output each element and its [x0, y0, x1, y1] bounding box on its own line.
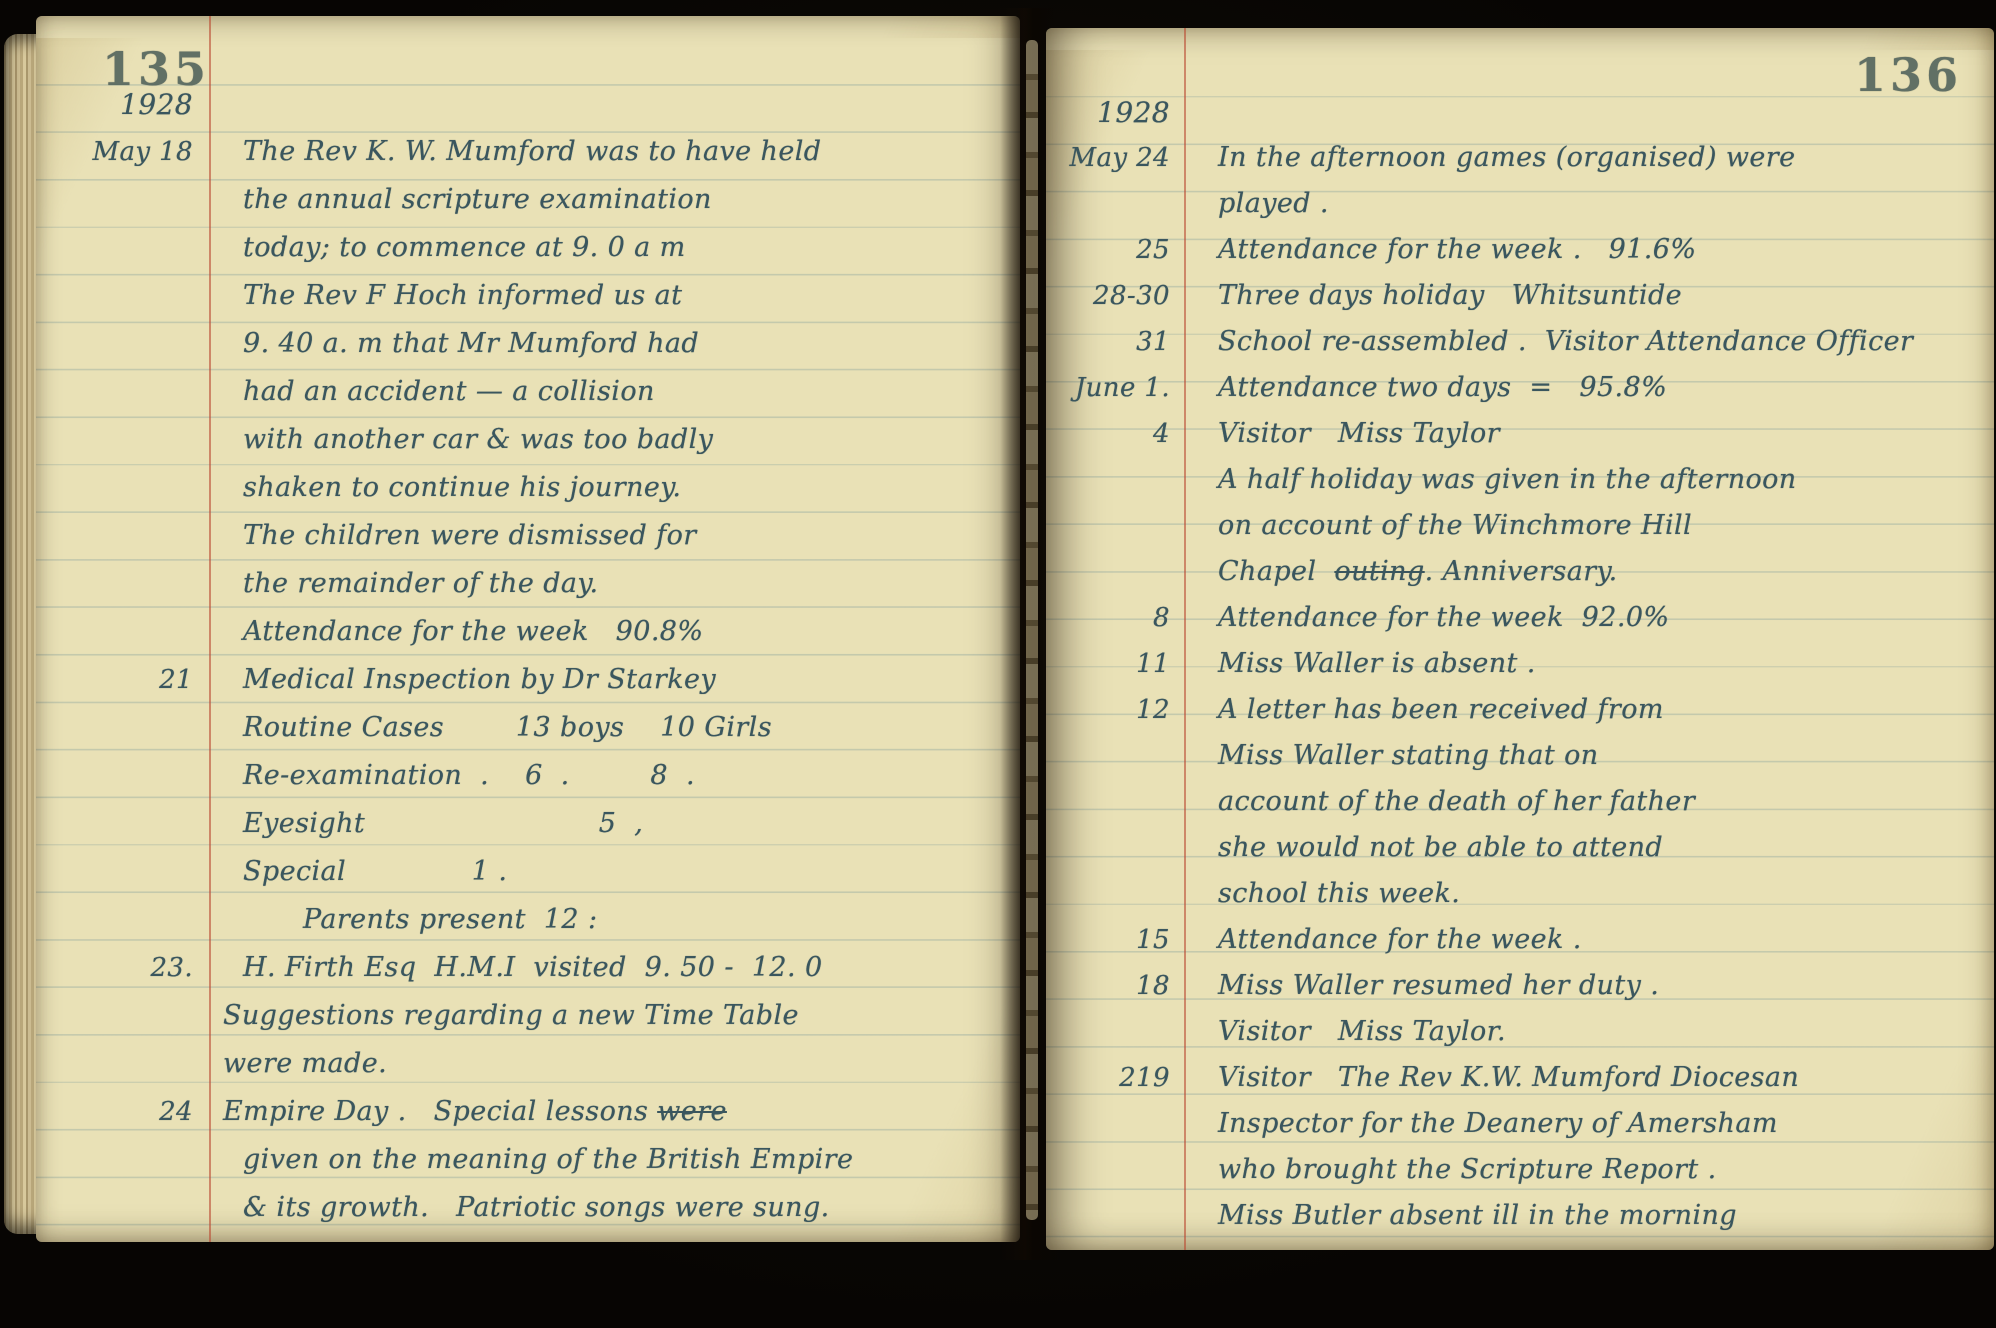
log-line: Inspector for the Deanery of Amersham	[1046, 1108, 1994, 1154]
entry-text: Miss Butler absent ill in the morning	[1184, 1200, 1994, 1231]
log-line: 4Visitor Miss Taylor	[1046, 418, 1994, 464]
entry-text: Routine Cases 13 boys 10 Girls	[209, 712, 1020, 743]
entry-date: 219	[1046, 1063, 1184, 1093]
text-segment: Miss Waller is absent .	[1218, 648, 1536, 679]
text-segment: Visitor Miss Taylor.	[1218, 1016, 1506, 1047]
entry-date: 11	[1046, 649, 1184, 679]
text-segment: Visitor Miss Taylor	[1218, 418, 1500, 449]
text-segment: Attendance two days = 95.8%	[1218, 372, 1667, 403]
log-line: today; to commence at 9. 0 a m	[36, 232, 1020, 280]
entry-text: Attendance for the week 92.0%	[1184, 602, 1994, 633]
entry-text: Visitor Miss Taylor.	[1184, 1016, 1994, 1047]
text-segment: Re-examination . 6 . 8 .	[243, 760, 695, 791]
entry-date: 8	[1046, 603, 1184, 633]
entry-text: Re-examination . 6 . 8 .	[209, 760, 1020, 791]
text-segment: shaken to continue his journey.	[243, 472, 681, 503]
text-segment: School re-assembled . Visitor Attendance…	[1218, 326, 1913, 357]
entry-text: Miss Waller stating that on	[1184, 740, 1994, 771]
entry-text: The Rev K. W. Mumford was to have held	[209, 136, 1020, 167]
text-segment: A half holiday was given in the afternoo…	[1218, 464, 1797, 495]
entry-text: Eyesight 5 ,	[209, 808, 1020, 839]
entry-date: 31	[1046, 327, 1184, 357]
text-segment: Empire Day . Special lessons	[223, 1096, 657, 1127]
log-line: & its growth. Patriotic songs were sung.	[36, 1192, 1020, 1240]
year-label: 1928	[36, 88, 209, 121]
log-line: 24Empire Day . Special lessons were	[36, 1096, 1020, 1144]
log-line: shaken to continue his journey.	[36, 472, 1020, 520]
log-line: were made.	[36, 1048, 1020, 1096]
entry-text: Three days holiday Whitsuntide	[1184, 280, 1994, 311]
text-segment: Parents present 12 :	[303, 904, 597, 935]
entry-text: were made.	[209, 1048, 1020, 1079]
entry-text: Medical Inspection by Dr Starkey	[209, 664, 1020, 695]
entry-date: 23.	[36, 953, 209, 983]
log-line: 25Attendance for the week . 91.6%	[1046, 234, 1994, 280]
log-line: 8Attendance for the week 92.0%	[1046, 602, 1994, 648]
log-line: 11Miss Waller is absent .	[1046, 648, 1994, 694]
entry-text: she would not be able to attend	[1184, 832, 1994, 863]
log-line: Eyesight 5 ,	[36, 808, 1020, 856]
entry-text: The Rev F Hoch informed us at	[209, 280, 1020, 311]
entry-date: 4	[1046, 419, 1184, 449]
log-line: May 18The Rev K. W. Mumford was to have …	[36, 136, 1020, 184]
log-line: with another car & was too badly	[36, 424, 1020, 472]
entry-text: on account of the Winchmore Hill	[1184, 510, 1994, 541]
entry-date: May 18	[36, 137, 209, 167]
entry-date: 25	[1046, 235, 1184, 265]
struck-word: outing	[1334, 556, 1424, 587]
entry-text: Visitor The Rev K.W. Mumford Diocesan	[1184, 1062, 1994, 1093]
entry-text: A half holiday was given in the afternoo…	[1184, 464, 1994, 495]
entry-text: The children were dismissed for	[209, 520, 1020, 551]
entry-date: 21	[36, 665, 209, 695]
entry-date: 24	[36, 1097, 209, 1127]
log-line: May 24In the afternoon games (organised)…	[1046, 142, 1994, 188]
log-line: who brought the Scripture Report .	[1046, 1154, 1994, 1200]
log-line: on account of the Winchmore Hill	[1046, 510, 1994, 556]
log-line: the remainder of the day.	[36, 568, 1020, 616]
entry-text: Inspector for the Deanery of Amersham	[1184, 1108, 1994, 1139]
log-line: 31School re-assembled . Visitor Attendan…	[1046, 326, 1994, 372]
struck-word: were	[657, 1096, 727, 1127]
log-line: Miss Waller stating that on	[1046, 740, 1994, 786]
text-segment: Chapel	[1218, 556, 1334, 587]
log-line: Suggestions regarding a new Time Table	[36, 1000, 1020, 1048]
logbook-page-right: 136 1928May 24In the afternoon games (or…	[1046, 28, 1994, 1250]
text-segment: Visitor The Rev K.W. Mumford Diocesan	[1218, 1062, 1799, 1093]
log-line: The Rev F Hoch informed us at	[36, 280, 1020, 328]
entry-text: Chapel outing. Anniversary.	[1184, 556, 1994, 587]
text-segment: the annual scripture examination	[243, 184, 712, 215]
log-line: 219Visitor The Rev K.W. Mumford Diocesan	[1046, 1062, 1994, 1108]
text-segment: H. Firth Esq H.M.I visited 9. 50 - 12. 0	[243, 952, 823, 983]
entry-date: 15	[1046, 925, 1184, 955]
text-segment: Miss Waller resumed her duty .	[1218, 970, 1659, 1001]
entries-left: 1928May 18The Rev K. W. Mumford was to h…	[36, 88, 1020, 1240]
text-segment: had an accident — a collision	[243, 376, 655, 407]
text-segment: account of the death of her father	[1218, 786, 1695, 817]
log-line: 28-30Three days holiday Whitsuntide	[1046, 280, 1994, 326]
entry-text: Parents present 12 :	[209, 904, 1020, 935]
text-segment: 9. 40 a. m that Mr Mumford had	[243, 328, 699, 359]
text-segment: . Anniversary.	[1425, 556, 1618, 587]
log-line: A half holiday was given in the afternoo…	[1046, 464, 1994, 510]
text-segment: Three days holiday Whitsuntide	[1218, 280, 1682, 311]
log-line: school this week.	[1046, 878, 1994, 924]
text-segment: Attendance for the week 90.8%	[243, 616, 703, 647]
text-segment: played .	[1218, 188, 1329, 219]
text-segment: Attendance for the week .	[1218, 924, 1582, 955]
entry-text: account of the death of her father	[1184, 786, 1994, 817]
log-line: account of the death of her father	[1046, 786, 1994, 832]
year-label: 1928	[1046, 96, 1184, 129]
text-segment: Attendance for the week . 91.6%	[1218, 234, 1696, 265]
entry-text: the remainder of the day.	[209, 568, 1020, 599]
text-segment: The Rev F Hoch informed us at	[243, 280, 682, 311]
log-line: 18Miss Waller resumed her duty .	[1046, 970, 1994, 1016]
entry-text: today; to commence at 9. 0 a m	[209, 232, 1020, 263]
log-line: 12A letter has been received from	[1046, 694, 1994, 740]
entry-text: Suggestions regarding a new Time Table	[209, 1000, 1020, 1031]
entries-right: 1928May 24In the afternoon games (organi…	[1046, 96, 1994, 1246]
entry-text: & its growth. Patriotic songs were sung.	[209, 1192, 1020, 1223]
entry-text: In the afternoon games (organised) were	[1184, 142, 1994, 173]
text-segment: The Rev K. W. Mumford was to have held	[243, 136, 821, 167]
text-segment: today; to commence at 9. 0 a m	[243, 232, 686, 263]
log-line: 9. 40 a. m that Mr Mumford had	[36, 328, 1020, 376]
entry-text: A letter has been received from	[1184, 694, 1994, 725]
entry-text: Empire Day . Special lessons were	[209, 1096, 1020, 1127]
text-segment: with another car & was too badly	[243, 424, 713, 455]
log-line: 23.H. Firth Esq H.M.I visited 9. 50 - 12…	[36, 952, 1020, 1000]
log-line: played .	[1046, 188, 1994, 234]
log-line: 21Medical Inspection by Dr Starkey	[36, 664, 1020, 712]
text-segment: In the afternoon games (organised) were	[1218, 142, 1795, 173]
entry-text: played .	[1184, 188, 1994, 219]
entry-date: 28-30	[1046, 281, 1184, 311]
entry-text: Special 1 .	[209, 856, 1020, 887]
entry-text: Attendance for the week .	[1184, 924, 1994, 955]
log-line: The children were dismissed for	[36, 520, 1020, 568]
entry-date: 18	[1046, 971, 1184, 1001]
entry-text: school this week.	[1184, 878, 1994, 909]
logbook-photo: 135 1928May 18The Rev K. W. Mumford was …	[0, 0, 1996, 1328]
log-line: she would not be able to attend	[1046, 832, 1994, 878]
entry-text: Visitor Miss Taylor	[1184, 418, 1994, 449]
text-segment: Miss Waller stating that on	[1218, 740, 1599, 771]
torn-page-stubs	[1026, 40, 1038, 1220]
entry-text: H. Firth Esq H.M.I visited 9. 50 - 12. 0	[209, 952, 1020, 983]
log-line: Re-examination . 6 . 8 .	[36, 760, 1020, 808]
log-line: June 1.Attendance two days = 95.8%	[1046, 372, 1994, 418]
entry-text: had an accident — a collision	[209, 376, 1020, 407]
text-segment: on account of the Winchmore Hill	[1218, 510, 1692, 541]
entry-text: who brought the Scripture Report .	[1184, 1154, 1994, 1185]
text-segment: the remainder of the day.	[243, 568, 598, 599]
text-segment: Special 1 .	[243, 856, 507, 887]
text-segment: school this week.	[1218, 878, 1460, 909]
text-segment: Eyesight 5 ,	[243, 808, 643, 839]
text-segment: she would not be able to attend	[1218, 832, 1663, 863]
text-segment: who brought the Scripture Report .	[1218, 1154, 1717, 1185]
text-segment: given on the meaning of the British Empi…	[243, 1144, 853, 1175]
log-line: given on the meaning of the British Empi…	[36, 1144, 1020, 1192]
text-segment: The children were dismissed for	[243, 520, 697, 551]
text-segment: A letter has been received from	[1218, 694, 1664, 725]
entry-text: Miss Waller resumed her duty .	[1184, 970, 1994, 1001]
entry-date: June 1.	[1046, 373, 1184, 403]
entry-text: Miss Waller is absent .	[1184, 648, 1994, 679]
text-segment: Attendance for the week 92.0%	[1218, 602, 1669, 633]
entry-text: Attendance for the week . 91.6%	[1184, 234, 1994, 265]
text-segment: Inspector for the Deanery of Amersham	[1218, 1108, 1778, 1139]
log-line: Attendance for the week 90.8%	[36, 616, 1020, 664]
text-segment: were made.	[223, 1048, 387, 1079]
text-segment: Suggestions regarding a new Time Table	[223, 1000, 799, 1031]
log-line: Routine Cases 13 boys 10 Girls	[36, 712, 1020, 760]
entry-text: the annual scripture examination	[209, 184, 1020, 215]
entry-text: 9. 40 a. m that Mr Mumford had	[209, 328, 1020, 359]
year-heading: 1928	[36, 88, 1020, 136]
log-line: 15Attendance for the week .	[1046, 924, 1994, 970]
text-segment: Miss Butler absent ill in the morning	[1218, 1200, 1737, 1231]
log-line: had an accident — a collision	[36, 376, 1020, 424]
text-segment: Routine Cases 13 boys 10 Girls	[243, 712, 772, 743]
entry-text: Attendance two days = 95.8%	[1184, 372, 1994, 403]
text-segment: & its growth. Patriotic songs were sung.	[243, 1192, 830, 1223]
log-line: the annual scripture examination	[36, 184, 1020, 232]
entry-date: 12	[1046, 695, 1184, 725]
year-heading: 1928	[1046, 96, 1994, 142]
logbook-page-left: 135 1928May 18The Rev K. W. Mumford was …	[36, 16, 1020, 1242]
page-number-stamp-right: 136	[1854, 48, 1962, 102]
log-line: Visitor Miss Taylor.	[1046, 1016, 1994, 1062]
entry-text: School re-assembled . Visitor Attendance…	[1184, 326, 1994, 357]
text-segment: Medical Inspection by Dr Starkey	[243, 664, 716, 695]
entry-text: shaken to continue his journey.	[209, 472, 1020, 503]
log-line: Chapel outing. Anniversary.	[1046, 556, 1994, 602]
entry-date: May 24	[1046, 143, 1184, 173]
log-line: Parents present 12 :	[36, 904, 1020, 952]
log-line: Special 1 .	[36, 856, 1020, 904]
log-line: Miss Butler absent ill in the morning	[1046, 1200, 1994, 1246]
entry-text: with another car & was too badly	[209, 424, 1020, 455]
entry-text: given on the meaning of the British Empi…	[209, 1144, 1020, 1175]
entry-text: Attendance for the week 90.8%	[209, 616, 1020, 647]
